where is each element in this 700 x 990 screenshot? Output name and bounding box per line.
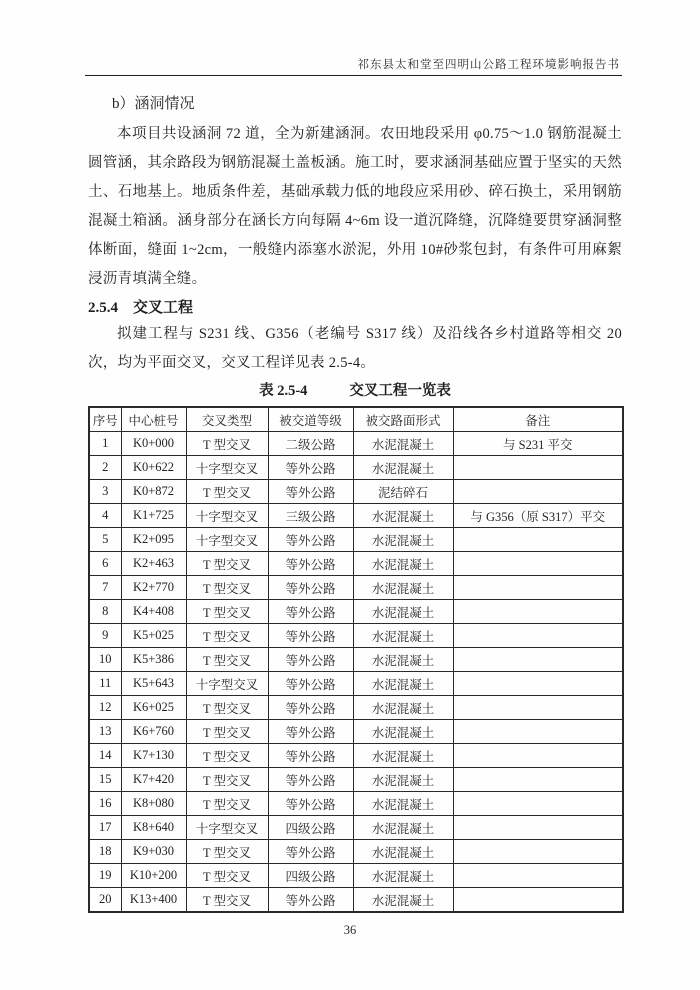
table-cell xyxy=(453,816,623,840)
table-cell xyxy=(453,648,623,672)
table-caption: 表 2.5-4交叉工程一览表 xyxy=(88,380,622,402)
table-row: 8K4+408T 型交叉等外公路水泥混凝土 xyxy=(89,600,623,624)
table-cell xyxy=(453,528,623,552)
table-cell: 等外公路 xyxy=(268,456,353,480)
table-row: 15K7+420T 型交叉等外公路水泥混凝土 xyxy=(89,768,623,792)
table-cell: T 型交叉 xyxy=(186,576,268,600)
table-cell: 等外公路 xyxy=(268,888,353,913)
table-cell xyxy=(453,600,623,624)
table-cell: 等外公路 xyxy=(268,552,353,576)
table-row: 16K8+080T 型交叉等外公路水泥混凝土 xyxy=(89,792,623,816)
table-cell: 12 xyxy=(89,696,121,720)
table-cell: K8+080 xyxy=(121,792,186,816)
table-row: 18K9+030T 型交叉等外公路水泥混凝土 xyxy=(89,840,623,864)
table-cell: 等外公路 xyxy=(268,528,353,552)
table-cell: 等外公路 xyxy=(268,792,353,816)
table-row: 10K5+386T 型交叉等外公路水泥混凝土 xyxy=(89,648,623,672)
table-cell: T 型交叉 xyxy=(186,696,268,720)
col-header-index: 序号 xyxy=(89,407,121,432)
table-cell: 水泥混凝土 xyxy=(353,744,453,768)
table-cell xyxy=(453,768,623,792)
table-header-row: 序号 中心桩号 交叉类型 被交道等级 被交路面形式 备注 xyxy=(89,407,623,432)
table-cell: 等外公路 xyxy=(268,744,353,768)
table-cell xyxy=(453,576,623,600)
table-cell: 十字型交叉 xyxy=(186,456,268,480)
table-cell: 19 xyxy=(89,864,121,888)
table-cell: 水泥混凝土 xyxy=(353,888,453,913)
table-cell: 等外公路 xyxy=(268,576,353,600)
table-cell: 14 xyxy=(89,744,121,768)
table-cell: 水泥混凝土 xyxy=(353,672,453,696)
table-cell: T 型交叉 xyxy=(186,648,268,672)
table-cell: 水泥混凝土 xyxy=(353,696,453,720)
table-cell: 水泥混凝土 xyxy=(353,552,453,576)
table-cell: 水泥混凝土 xyxy=(353,432,453,456)
table-caption-title: 交叉工程一览表 xyxy=(349,383,451,399)
table-cell: T 型交叉 xyxy=(186,600,268,624)
table-cell xyxy=(453,696,623,720)
table-cell: 水泥混凝土 xyxy=(353,768,453,792)
table-row: 11K5+643十字型交叉等外公路水泥混凝土 xyxy=(89,672,623,696)
table-cell: 四级公路 xyxy=(268,816,353,840)
table-cell: T 型交叉 xyxy=(186,864,268,888)
table-cell: K8+640 xyxy=(121,816,186,840)
table-cell: 7 xyxy=(89,576,121,600)
table-cell: T 型交叉 xyxy=(186,840,268,864)
table-cell: 9 xyxy=(89,624,121,648)
table-cell: 13 xyxy=(89,720,121,744)
table-cell: K4+408 xyxy=(121,600,186,624)
table-row: 17K8+640十字型交叉四级公路水泥混凝土 xyxy=(89,816,623,840)
table-row: 12K6+025T 型交叉等外公路水泥混凝土 xyxy=(89,696,623,720)
table-cell: 水泥混凝土 xyxy=(353,528,453,552)
table-cell: 10 xyxy=(89,648,121,672)
table-cell xyxy=(453,672,623,696)
table-cell: 20 xyxy=(89,888,121,913)
col-header-cross-type: 交叉类型 xyxy=(186,407,268,432)
table-cell: 十字型交叉 xyxy=(186,672,268,696)
table-cell: 三级公路 xyxy=(268,504,353,528)
table-cell xyxy=(453,744,623,768)
table-cell: 等外公路 xyxy=(268,672,353,696)
table-cell: 水泥混凝土 xyxy=(353,816,453,840)
col-header-surface-type: 被交路面形式 xyxy=(353,407,453,432)
table-cell: K0+000 xyxy=(121,432,186,456)
table-cell xyxy=(453,864,623,888)
table-cell: 1 xyxy=(89,432,121,456)
page-content: b）涵洞情况 本项目共设涵洞 72 道，全为新建涵洞。农田地段采用 φ0.75～… xyxy=(88,88,622,913)
table-cell: 水泥混凝土 xyxy=(353,864,453,888)
table-cell: T 型交叉 xyxy=(186,768,268,792)
document-page: 祁东县太和堂至四明山公路工程环境影响报告书 b）涵洞情况 本项目共设涵洞 72 … xyxy=(0,0,700,990)
table-cell: 16 xyxy=(89,792,121,816)
table-cell: 十字型交叉 xyxy=(186,816,268,840)
table-cell xyxy=(453,552,623,576)
table-cell: 水泥混凝土 xyxy=(353,720,453,744)
table-cell: 水泥混凝土 xyxy=(353,840,453,864)
table-cell xyxy=(453,456,623,480)
table-cell: T 型交叉 xyxy=(186,888,268,913)
table-cell: 水泥混凝土 xyxy=(353,792,453,816)
table-cell xyxy=(453,480,623,504)
table-cell: T 型交叉 xyxy=(186,792,268,816)
table-cell: T 型交叉 xyxy=(186,552,268,576)
table-cell: T 型交叉 xyxy=(186,744,268,768)
table-cell: K2+770 xyxy=(121,576,186,600)
table-cell: 水泥混凝土 xyxy=(353,624,453,648)
table-cell: 11 xyxy=(89,672,121,696)
table-row: 9K5+025T 型交叉等外公路水泥混凝土 xyxy=(89,624,623,648)
table-cell: 17 xyxy=(89,816,121,840)
table-row: 20K13+400T 型交叉等外公路水泥混凝土 xyxy=(89,888,623,913)
col-header-remark: 备注 xyxy=(453,407,623,432)
table-cell: K0+622 xyxy=(121,456,186,480)
table-cell: 等外公路 xyxy=(268,624,353,648)
table-cell xyxy=(453,792,623,816)
table-cell: K6+760 xyxy=(121,720,186,744)
table-caption-label: 表 2.5-4 xyxy=(259,383,307,399)
table-cell: T 型交叉 xyxy=(186,480,268,504)
table-cell: 等外公路 xyxy=(268,600,353,624)
running-header: 祁东县太和堂至四明山公路工程环境影响报告书 xyxy=(85,56,620,72)
page-number: 36 xyxy=(0,923,700,938)
table-cell xyxy=(453,888,623,913)
sub-heading-culvert: b）涵洞情况 xyxy=(112,94,622,114)
table-cell: K10+200 xyxy=(121,864,186,888)
table-cell: 泥结碎石 xyxy=(353,480,453,504)
table-cell: 与 S231 平交 xyxy=(453,432,623,456)
table-cell: K5+643 xyxy=(121,672,186,696)
table-cell: 5 xyxy=(89,528,121,552)
crossing-works-table: 序号 中心桩号 交叉类型 被交道等级 被交路面形式 备注 1K0+000T 型交… xyxy=(88,406,624,913)
table-cell xyxy=(453,720,623,744)
table-cell: 等外公路 xyxy=(268,840,353,864)
table-row: 5K2+095十字型交叉等外公路水泥混凝土 xyxy=(89,528,623,552)
table-cell: 水泥混凝土 xyxy=(353,600,453,624)
table-cell: 18 xyxy=(89,840,121,864)
table-cell: T 型交叉 xyxy=(186,624,268,648)
table-cell: K0+872 xyxy=(121,480,186,504)
table-row: 2K0+622十字型交叉等外公路水泥混凝土 xyxy=(89,456,623,480)
table-row: 19K10+200T 型交叉四级公路水泥混凝土 xyxy=(89,864,623,888)
table-cell: 3 xyxy=(89,480,121,504)
table-cell: 水泥混凝土 xyxy=(353,576,453,600)
table-cell: 6 xyxy=(89,552,121,576)
table-cell: 等外公路 xyxy=(268,720,353,744)
paragraph-crossings-intro: 拟建工程与 S231 线、G356（老编号 S317 线）及沿线各乡村道路等相交… xyxy=(88,320,622,378)
table-cell: 等外公路 xyxy=(268,648,353,672)
table-row: 6K2+463T 型交叉等外公路水泥混凝土 xyxy=(89,552,623,576)
table-row: 4K1+725十字型交叉三级公路水泥混凝土与 G356（原 S317）平交 xyxy=(89,504,623,528)
table-row: 1K0+000T 型交叉二级公路水泥混凝土与 S231 平交 xyxy=(89,432,623,456)
table-cell: 4 xyxy=(89,504,121,528)
table-row: 7K2+770T 型交叉等外公路水泥混凝土 xyxy=(89,576,623,600)
table-cell: 等外公路 xyxy=(268,480,353,504)
paragraph-culvert-details: 本项目共设涵洞 72 道，全为新建涵洞。农田地段采用 φ0.75～1.0 钢筋混… xyxy=(88,120,622,294)
col-header-station: 中心桩号 xyxy=(121,407,186,432)
table-cell: 二级公路 xyxy=(268,432,353,456)
table-cell: 15 xyxy=(89,768,121,792)
table-cell: K7+420 xyxy=(121,768,186,792)
table-cell: K2+463 xyxy=(121,552,186,576)
table-cell: K5+025 xyxy=(121,624,186,648)
table-cell: 四级公路 xyxy=(268,864,353,888)
table-cell: K13+400 xyxy=(121,888,186,913)
table-row: 3K0+872T 型交叉等外公路泥结碎石 xyxy=(89,480,623,504)
table-cell: 水泥混凝土 xyxy=(353,456,453,480)
table-cell: 水泥混凝土 xyxy=(353,504,453,528)
table-cell: 与 G356（原 S317）平交 xyxy=(453,504,623,528)
table-cell: K6+025 xyxy=(121,696,186,720)
table-body: 1K0+000T 型交叉二级公路水泥混凝土与 S231 平交2K0+622十字型… xyxy=(89,432,623,913)
table-cell: K2+095 xyxy=(121,528,186,552)
table-cell: 水泥混凝土 xyxy=(353,648,453,672)
table-cell: 等外公路 xyxy=(268,768,353,792)
table-cell: K7+130 xyxy=(121,744,186,768)
section-heading-2-5-4: 2.5.4 交叉工程 xyxy=(88,296,622,320)
table-cell xyxy=(453,624,623,648)
table-cell: 8 xyxy=(89,600,121,624)
table-cell: T 型交叉 xyxy=(186,432,268,456)
table-row: 13K6+760T 型交叉等外公路水泥混凝土 xyxy=(89,720,623,744)
table-cell: K1+725 xyxy=(121,504,186,528)
table-cell xyxy=(453,840,623,864)
table-cell: 2 xyxy=(89,456,121,480)
table-cell: 十字型交叉 xyxy=(186,504,268,528)
table-cell: K5+386 xyxy=(121,648,186,672)
table-cell: K9+030 xyxy=(121,840,186,864)
table-row: 14K7+130T 型交叉等外公路水泥混凝土 xyxy=(89,744,623,768)
table-cell: T 型交叉 xyxy=(186,720,268,744)
table-cell: 十字型交叉 xyxy=(186,528,268,552)
table-cell: 等外公路 xyxy=(268,696,353,720)
header-rule xyxy=(85,75,622,76)
col-header-road-grade: 被交道等级 xyxy=(268,407,353,432)
